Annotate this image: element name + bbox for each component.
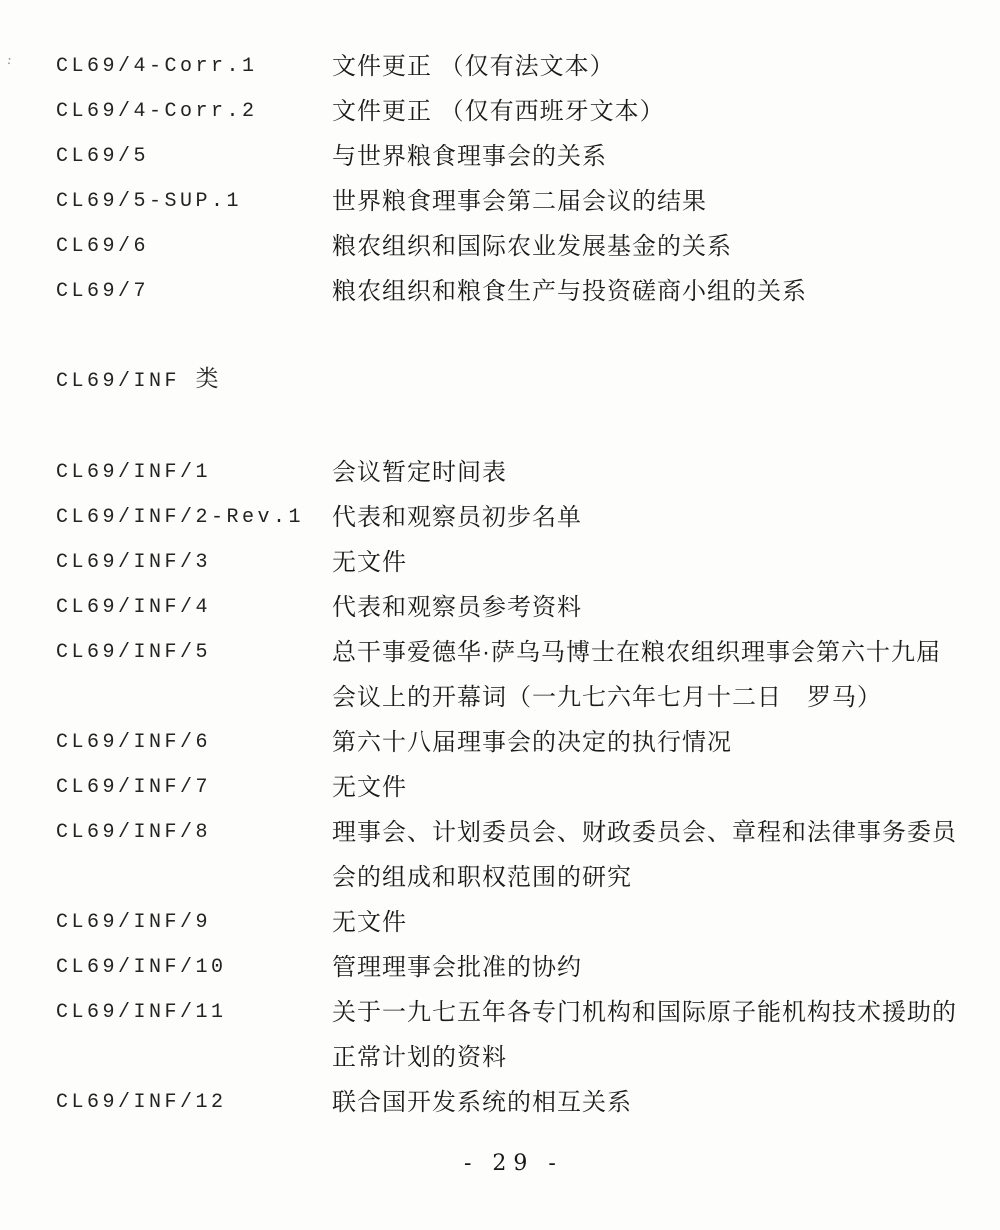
document-title-line: 第六十八届理事会的决定的执行情况 [332, 720, 732, 765]
document-title: 无文件 [332, 900, 407, 945]
document-page: : CL69/4-Corr.1文件更正 （仅有法文本）CL69/4-Corr.2… [0, 0, 1000, 1230]
document-row: CL69/INF/12联合国开发系统的相互关系 [56, 1080, 960, 1125]
document-title: 代表和观察员初步名单 [332, 495, 582, 540]
page-number: - 29 - [464, 1151, 563, 1176]
scan-artifact: : [6, 52, 14, 69]
document-title: 代表和观察员参考资料 [332, 585, 582, 630]
document-code: CL69/INF/6 [56, 720, 332, 765]
document-title-line: 会的组成和职权范围的研究 [332, 855, 957, 900]
document-code: CL69/INF/3 [56, 540, 332, 585]
document-title: 文件更正 （仅有西班牙文本） [332, 89, 665, 134]
document-title: 总干事爱德华·萨乌马博士在粮农组织理事会第六十九届会议上的开幕词（一九七六年七月… [332, 630, 941, 720]
document-code: CL69/INF/4 [56, 585, 332, 630]
document-title-line: 粮农组织和国际农业发展基金的关系 [332, 224, 732, 269]
document-row: CL69/INF/8理事会、计划委员会、财政委员会、章程和法律事务委员会的组成和… [56, 810, 960, 900]
document-code: CL69/5 [56, 134, 332, 179]
document-title-line: 无文件 [332, 900, 407, 945]
document-code: CL69/7 [56, 269, 332, 314]
document-title-line: 无文件 [332, 765, 407, 810]
document-title-line: 会议上的开幕词（一九七六年七月十二日 罗马） [332, 675, 941, 720]
document-title-line: 文件更正 （仅有西班牙文本） [332, 89, 665, 134]
document-title-line: 理事会、计划委员会、财政委员会、章程和法律事务委员 [332, 810, 957, 855]
document-code: CL69/INF/1 [56, 450, 332, 495]
document-title-line: 粮农组织和粮食生产与投资磋商小组的关系 [332, 269, 807, 314]
document-row: CL69/4-Corr.1文件更正 （仅有法文本） [56, 44, 960, 89]
document-code: CL69/INF/8 [56, 810, 332, 855]
document-row: CL69/INF/6第六十八届理事会的决定的执行情况 [56, 720, 960, 765]
document-title-line: 无文件 [332, 540, 407, 585]
document-title: 无文件 [332, 765, 407, 810]
document-row: CL69/5与世界粮食理事会的关系 [56, 134, 960, 179]
document-title-line: 会议暂定时间表 [332, 450, 507, 495]
document-title-line: 代表和观察员参考资料 [332, 585, 582, 630]
document-title-line: 管理理事会批准的协约 [332, 945, 582, 990]
document-code: CL69/4-Corr.1 [56, 44, 332, 89]
document-title-line: 文件更正 （仅有法文本） [332, 44, 615, 89]
document-title: 关于一九七五年各专门机构和国际原子能机构技术援助的正常计划的资料 [332, 990, 957, 1080]
document-list-inf: CL69/INF/1会议暂定时间表CL69/INF/2-Rev.1代表和观察员初… [56, 450, 960, 1125]
document-title: 世界粮食理事会第二届会议的结果 [332, 179, 707, 224]
document-row: CL69/INF/3无文件 [56, 540, 960, 585]
document-row: CL69/INF/4代表和观察员参考资料 [56, 585, 960, 630]
document-title: 第六十八届理事会的决定的执行情况 [332, 720, 732, 765]
document-title: 无文件 [332, 540, 407, 585]
document-title-line: 总干事爱德华·萨乌马博士在粮农组织理事会第六十九届 [332, 630, 941, 675]
document-row: CL69/5-SUP.1世界粮食理事会第二届会议的结果 [56, 179, 960, 224]
document-title-line: 世界粮食理事会第二届会议的结果 [332, 179, 707, 224]
document-row: CL69/7粮农组织和粮食生产与投资磋商小组的关系 [56, 269, 960, 314]
document-row: CL69/INF/10管理理事会批准的协约 [56, 945, 960, 990]
document-title: 粮农组织和粮食生产与投资磋商小组的关系 [332, 269, 807, 314]
document-title: 管理理事会批准的协约 [332, 945, 582, 990]
document-code: CL69/INF/10 [56, 945, 332, 990]
document-code: CL69/INF/2-Rev.1 [56, 495, 332, 540]
document-title: 文件更正 （仅有法文本） [332, 44, 615, 89]
document-title: 粮农组织和国际农业发展基金的关系 [332, 224, 732, 269]
document-row: CL69/INF/9无文件 [56, 900, 960, 945]
document-row: CL69/INF/11关于一九七五年各专门机构和国际原子能机构技术援助的正常计划… [56, 990, 960, 1080]
document-row: CL69/6粮农组织和国际农业发展基金的关系 [56, 224, 960, 269]
document-title: 理事会、计划委员会、财政委员会、章程和法律事务委员会的组成和职权范围的研究 [332, 810, 957, 900]
document-code: CL69/6 [56, 224, 332, 269]
document-row: CL69/INF/2-Rev.1代表和观察员初步名单 [56, 495, 960, 540]
document-title-line: 代表和观察员初步名单 [332, 495, 582, 540]
section-heading-code: CL69/INF [56, 370, 180, 393]
document-code: CL69/INF/12 [56, 1080, 332, 1125]
document-code: CL69/INF/11 [56, 990, 332, 1035]
document-row: CL69/4-Corr.2文件更正 （仅有西班牙文本） [56, 89, 960, 134]
document-row: CL69/INF/1会议暂定时间表 [56, 450, 960, 495]
document-title-line: 联合国开发系统的相互关系 [332, 1080, 632, 1125]
document-code: CL69/INF/9 [56, 900, 332, 945]
document-list-main: CL69/4-Corr.1文件更正 （仅有法文本）CL69/4-Corr.2文件… [56, 44, 960, 314]
document-title: 与世界粮食理事会的关系 [332, 134, 607, 179]
document-code: CL69/INF/7 [56, 765, 332, 810]
document-row: CL69/INF/7无文件 [56, 765, 960, 810]
section-heading: CL69/INF 类 [56, 356, 960, 404]
document-code: CL69/INF/5 [56, 630, 332, 675]
document-code: CL69/4-Corr.2 [56, 89, 332, 134]
document-row: CL69/INF/5总干事爱德华·萨乌马博士在粮农组织理事会第六十九届会议上的开… [56, 630, 960, 720]
document-title: 联合国开发系统的相互关系 [332, 1080, 632, 1125]
document-title-line: 与世界粮食理事会的关系 [332, 134, 607, 179]
document-title-line: 关于一九七五年各专门机构和国际原子能机构技术援助的 [332, 990, 957, 1035]
section-heading-label: 类 [196, 365, 223, 391]
document-code: CL69/5-SUP.1 [56, 179, 332, 224]
document-title-line: 正常计划的资料 [332, 1035, 957, 1080]
document-title: 会议暂定时间表 [332, 450, 507, 495]
